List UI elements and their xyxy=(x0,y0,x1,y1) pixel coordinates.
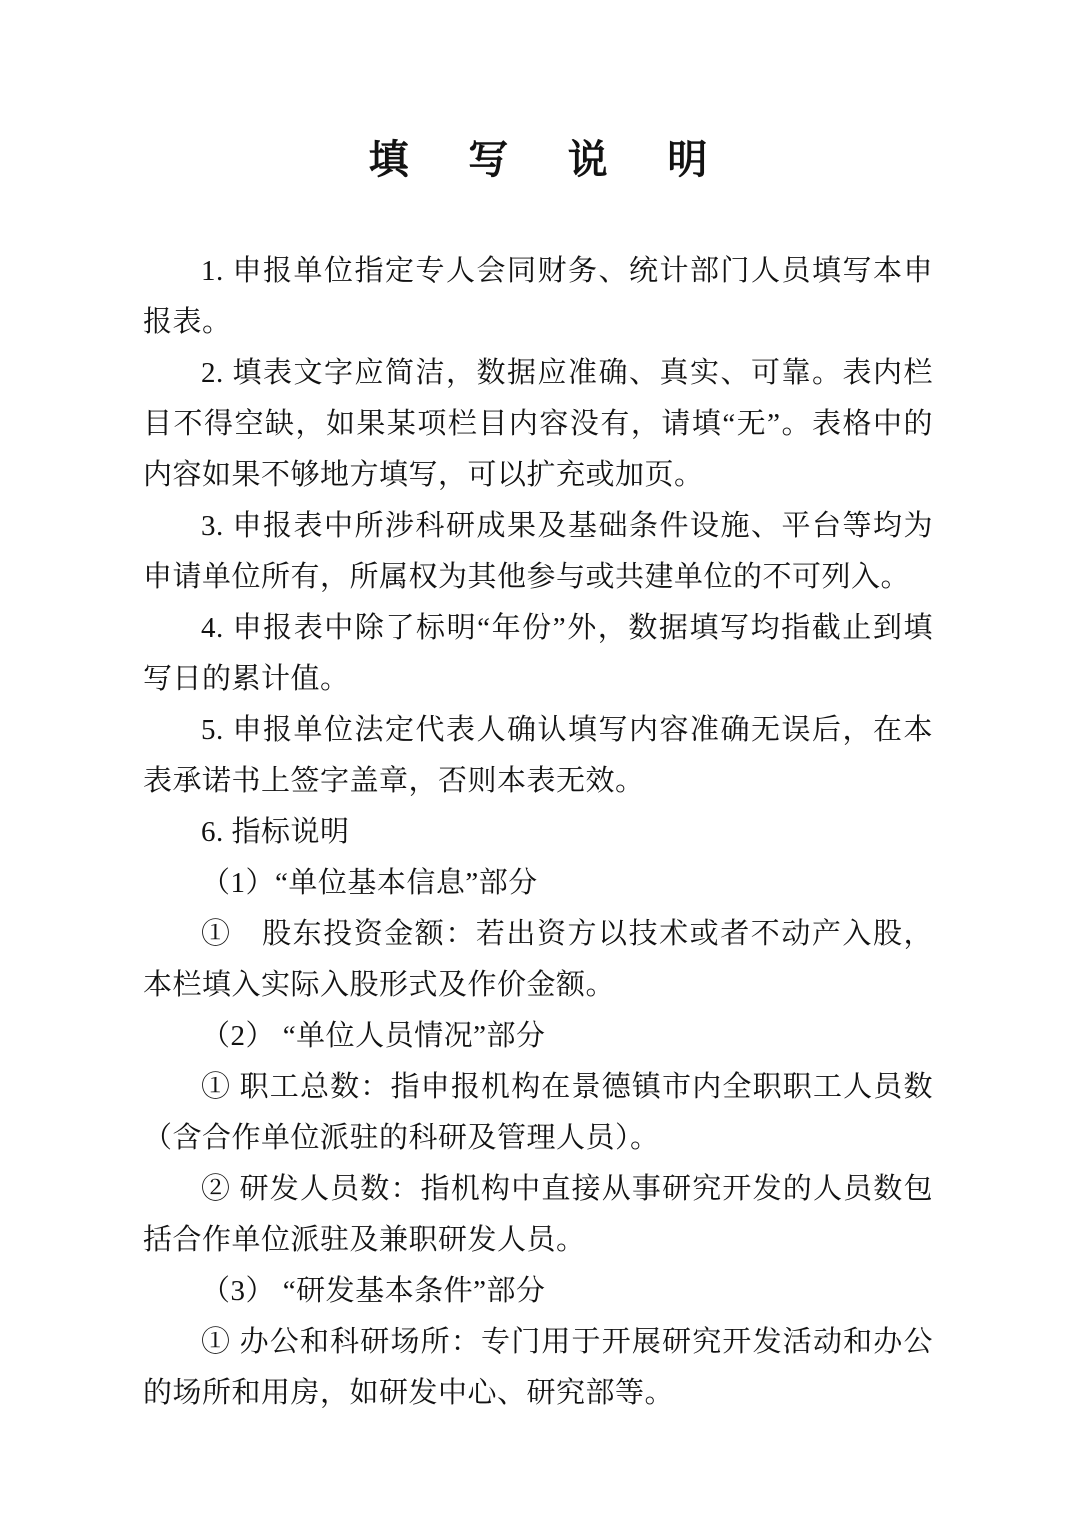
instructions-body: 1. 申报单位指定专人会同财务、统计部门人员填写本申报表。 2. 填表文字应简洁… xyxy=(143,246,933,1419)
instruction-paragraph-4: 4. 申报表中除了标明“年份”外，数据填写均指截止到填写日的累计值。 xyxy=(143,603,933,705)
document-title: 填 写 说 明 xyxy=(168,138,933,182)
instruction-subitem-1: （1）“单位基本信息”部分 xyxy=(143,858,933,909)
instruction-paragraph-2: 2. 填表文字应简洁，数据应准确、真实、可靠。表内栏目不得空缺，如果某项栏目内容… xyxy=(143,348,933,501)
instruction-subitem-3-1: ① 办公和科研场所：专门用于开展研究开发活动和办公的场所和用房，如研发中心、研究… xyxy=(143,1317,933,1419)
instruction-paragraph-1: 1. 申报单位指定专人会同财务、统计部门人员填写本申报表。 xyxy=(143,246,933,348)
instruction-subitem-2: （2） “单位人员情况”部分 xyxy=(143,1011,933,1062)
instruction-subitem-2-2: ② 研发人员数：指机构中直接从事研究开发的人员数包括合作单位派驻及兼职研发人员。 xyxy=(143,1164,933,1266)
instruction-paragraph-5: 5. 申报单位法定代表人确认填写内容准确无误后，在本表承诺书上签字盖章，否则本表… xyxy=(143,705,933,807)
instruction-subitem-1-1: ① 股东投资金额：若出资方以技术或者不动产入股，本栏填入实际入股形式及作价金额。 xyxy=(143,909,933,1011)
instruction-paragraph-6: 6. 指标说明 xyxy=(143,807,933,858)
instruction-subitem-3: （3） “研发基本条件”部分 xyxy=(143,1266,933,1317)
instruction-paragraph-3: 3. 申报表中所涉科研成果及基础条件设施、平台等均为申请单位所有，所属权为其他参… xyxy=(143,501,933,603)
instruction-subitem-2-1: ① 职工总数：指申报机构在景德镇市内全职职工人员数（含合作单位派驻的科研及管理人… xyxy=(143,1062,933,1164)
document-page: 填 写 说 明 1. 申报单位指定专人会同财务、统计部门人员填写本申报表。 2.… xyxy=(0,0,1074,1520)
